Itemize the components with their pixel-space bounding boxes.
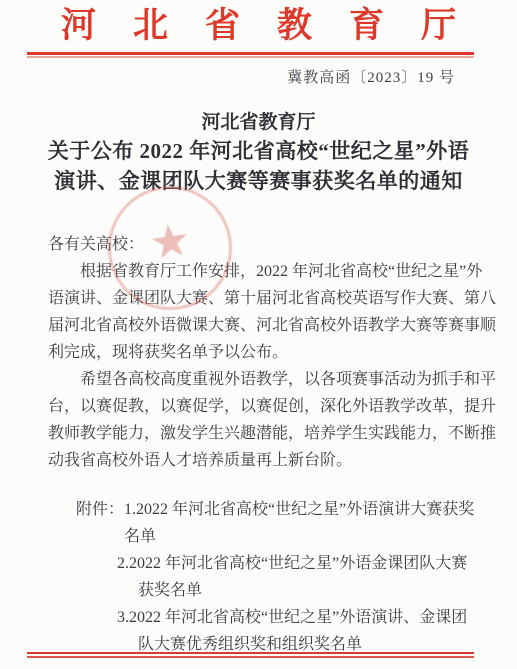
attachment-label: 附件： [76, 501, 124, 518]
footer-divider-rule [27, 652, 474, 658]
body-line: 根据省教育厅工作安排，2022 年河北省高校“世纪之星”外 [48, 258, 472, 285]
attachment-item-text: 1.2022 年河北省高校“世纪之星”外语演讲大赛获奖 [124, 501, 474, 518]
body-line: 利完成，现将获奖名单予以公布。 [48, 339, 472, 366]
body-line: 届河北省高校外语微课大赛、河北省高校外语教学大赛等赛事顺 [48, 312, 472, 339]
attachment-item-2-continuation: 获奖名单 [76, 577, 474, 604]
salutation: 各有关高校： [48, 231, 472, 258]
notice-body: 各有关高校： 根据省教育厅工作安排，2022 年河北省高校“世纪之星”外 语演讲… [48, 231, 472, 474]
notice-title: 河北省教育厅 关于公布 2022 年河北省高校“世纪之星”外语 演讲、金课团队大… [0, 110, 517, 196]
letterhead: 河北省教育厅 [0, 4, 517, 55]
agency-name: 河北省教育厅 [61, 4, 493, 48]
body-line: 语演讲、金课团队大赛、第十届河北省高校英语写作大赛、第八 [48, 285, 472, 312]
title-issuer-line: 河北省教育厅 [0, 110, 517, 136]
body-line: 希望各高校高度重视外语教学，以各项赛事活动为抓手和平 [48, 366, 472, 393]
title-line-3: 演讲、金课团队大赛等赛事获奖名单的通知 [0, 166, 517, 196]
attachment-item-1-continuation: 名单 [76, 523, 474, 550]
scanned-official-document: 河北省教育厅 冀教高函〔2023〕19 号 河北省教育厅 关于公布 2022 年… [0, 0, 517, 669]
title-line-2: 关于公布 2022 年河北省高校“世纪之星”外语 [0, 136, 517, 166]
body-line: 教师教学能力，激发学生兴趣潜能，培养学生实践能力，不断推 [48, 420, 472, 447]
attachment-list: 附件：1.2022 年河北省高校“世纪之星”外语演讲大赛获奖 名单 2.2022… [76, 496, 474, 658]
letterhead-divider-rule [27, 52, 474, 58]
document-number: 冀教高函〔2023〕19 号 [287, 66, 455, 87]
attachment-item-3: 3.2022 年河北省高校“世纪之星”外语演讲、金课团 [76, 604, 474, 631]
attachment-item-1: 附件：1.2022 年河北省高校“世纪之星”外语演讲大赛获奖 [76, 496, 474, 523]
body-line: 动我省高校外语人才培养质量再上新台阶。 [48, 447, 472, 474]
body-line: 台，以赛促教，以赛促学，以赛促创，深化外语教学改革，提升 [48, 393, 472, 420]
attachment-item-2: 2.2022 年河北省高校“世纪之星”外语金课团队大赛 [76, 550, 474, 577]
